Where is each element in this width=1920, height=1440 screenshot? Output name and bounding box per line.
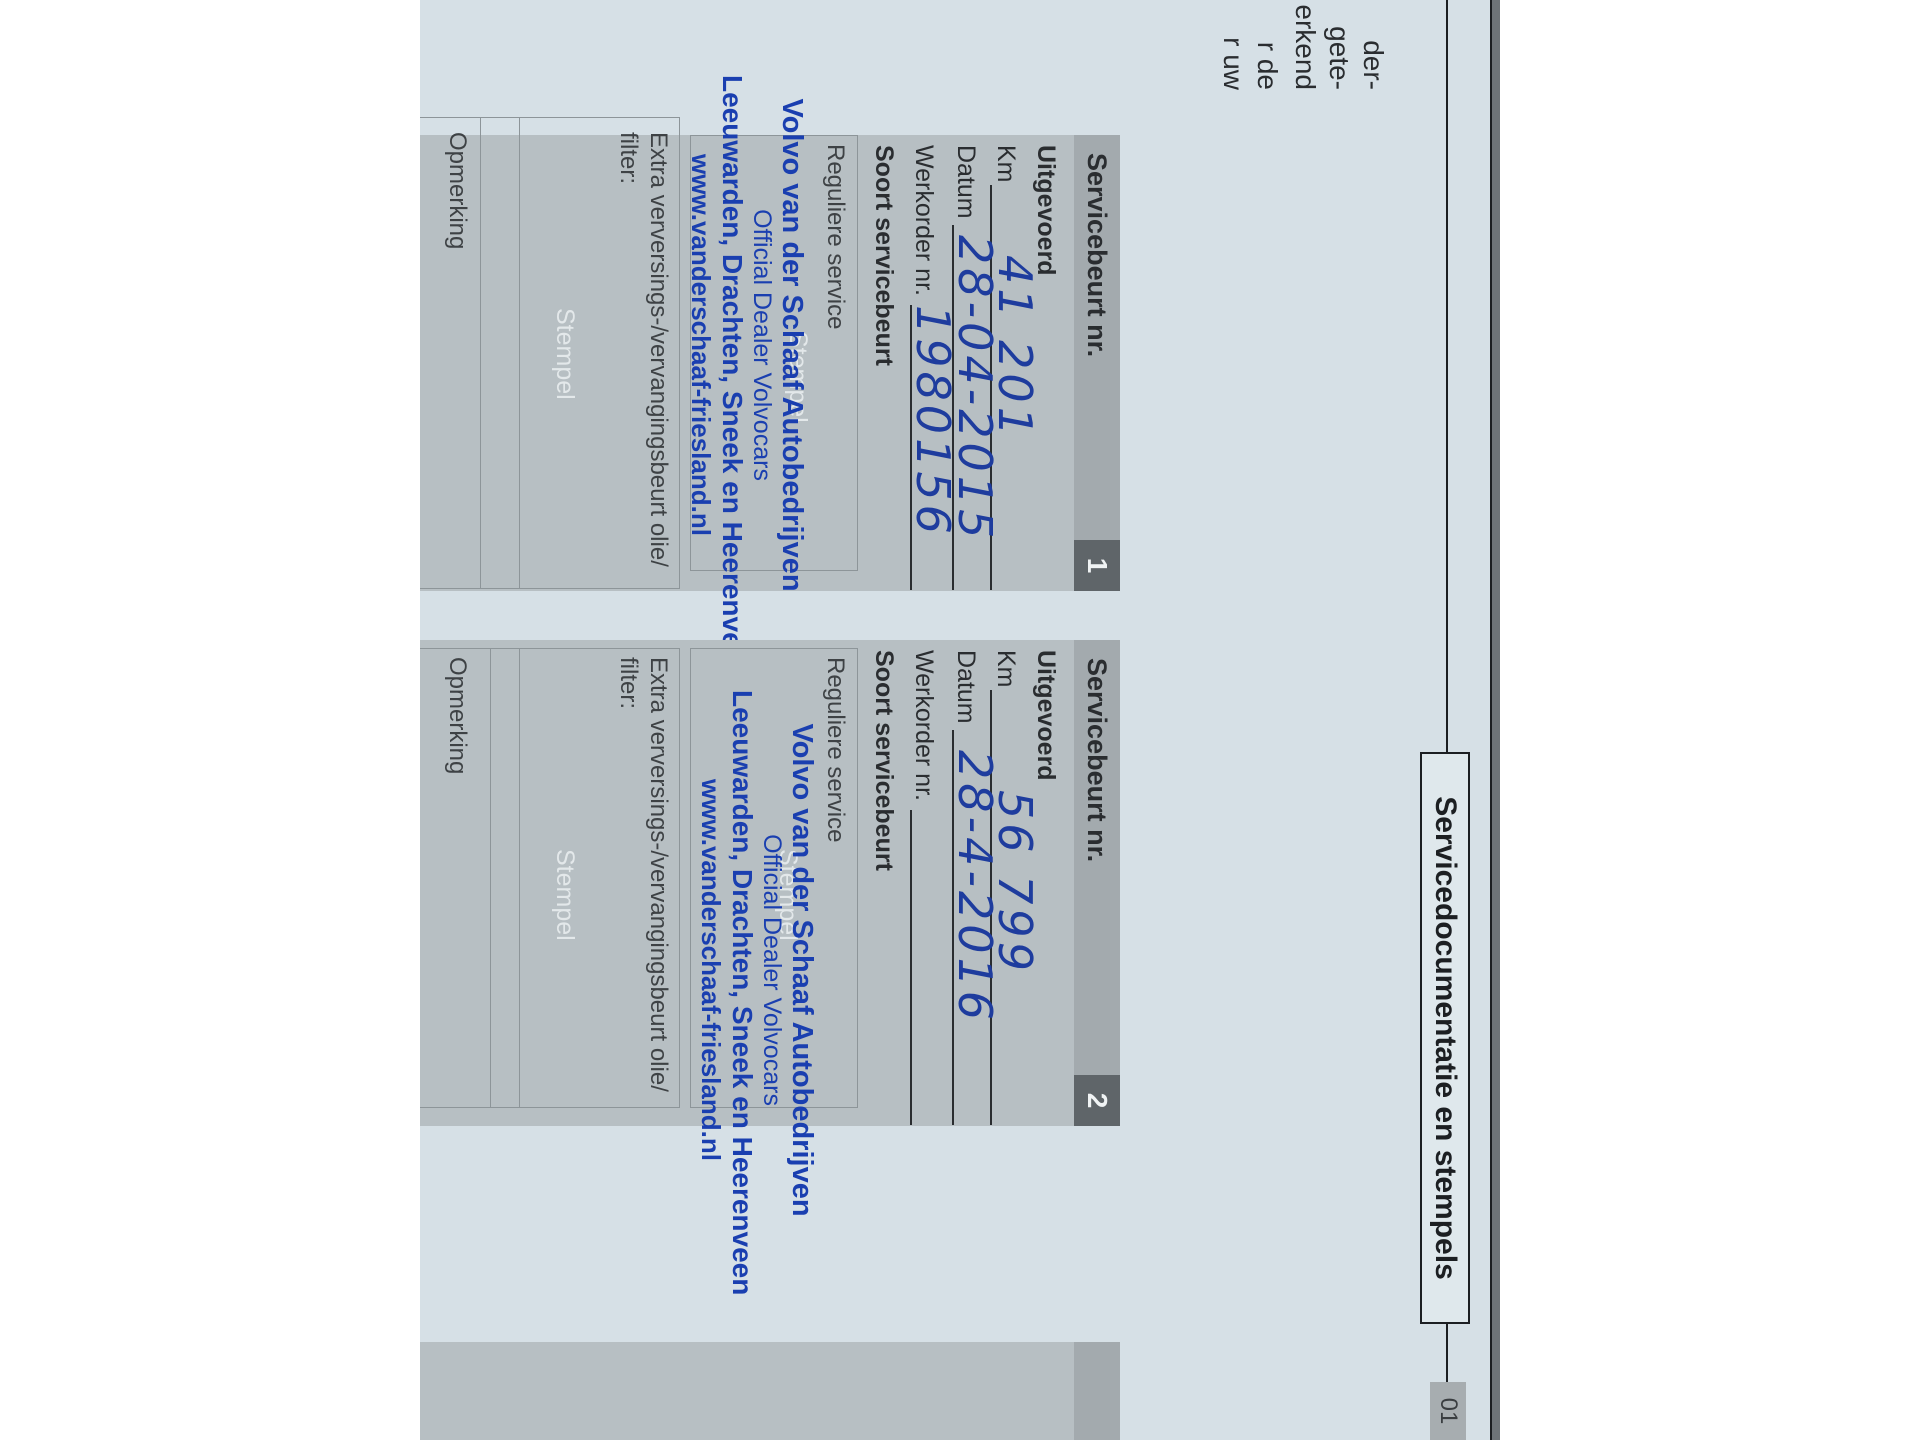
stamp-line-dealer: Volvo van der Schaaf Autobedrijven (776, 75, 808, 615)
service-card-3-edge (1074, 1342, 1120, 1440)
margin-fragment: der- (1356, 0, 1390, 90)
work-order-value: 1980156 (906, 305, 960, 538)
margin-fragment: r de (1250, 0, 1284, 90)
card-header-label: Servicebeurt nr. (1082, 153, 1113, 357)
dealer-stamp: Volvo van der Schaaf Autobedrijven Offic… (686, 75, 808, 615)
service-card-2: Servicebeurt nr. 2 Uitgevoerd Km 56 799 … (420, 640, 1120, 1126)
margin-text-column: der- gete- erkend r de r uw (1216, 0, 1390, 90)
stamp-line-dealer: Volvo van der Schaaf Autobedrijven (786, 690, 818, 1250)
extra-label-line1: Extra verversings-/vervangingsbeurt olie… (643, 132, 673, 567)
date-value: 28-4-2016 (948, 750, 1002, 1024)
regular-service-label: Reguliere service (821, 657, 849, 842)
service-number: 1 (1081, 558, 1113, 574)
regular-service-label: Reguliere service (821, 144, 849, 329)
remark-box: Opmerking (420, 648, 520, 1108)
extra-service-label: Extra verversings-/vervangingsbeurt olie… (613, 132, 673, 567)
page-title-text: Servicedocumentatie en stempels (1428, 796, 1462, 1280)
stamp-line-official: Official Dealer Volvocars (758, 690, 786, 1250)
stamp-line-locations: Leeuwarden, Drachten, Sneek en Heerenvee… (726, 690, 758, 1250)
service-number: 2 (1081, 1093, 1113, 1109)
stamp-placeholder: Stempel (550, 308, 579, 400)
work-order-line (910, 810, 912, 1125)
km-label: Km (991, 145, 1020, 183)
stamp-placeholder: Stempel (550, 849, 579, 941)
margin-fragment: gete- (1322, 0, 1356, 90)
performed-label: Uitgevoerd (1031, 650, 1060, 781)
section-tab-text: 01 (1434, 1398, 1462, 1425)
extra-service-label: Extra verversings-/vervangingsbeurt olie… (613, 657, 673, 1092)
work-order-label: Werkorder nr. (909, 650, 938, 801)
work-order-label: Werkorder nr. (909, 145, 938, 296)
stamp-line-website: www.vanderschaaf-friesland.nl (696, 690, 726, 1250)
dealer-stamp: Volvo van der Schaaf Autobedrijven Offic… (696, 690, 818, 1250)
km-label: Km (991, 650, 1020, 688)
remark-box: Opmerking (420, 117, 520, 589)
service-number-badge: 2 (1074, 1075, 1120, 1126)
extra-label-line2: filter: (613, 132, 643, 567)
document-photo: der- gete- erkend r de r uw Servicedocum… (420, 0, 1500, 1440)
remark-label: Opmerking (443, 657, 471, 774)
remark-label: Opmerking (443, 132, 471, 249)
service-type-label: Soort servicebeurt (869, 650, 898, 871)
stamp-line-website: www.vanderschaaf-friesland.nl (686, 75, 716, 615)
page-title: Servicedocumentatie en stempels (1420, 752, 1470, 1324)
service-number-badge: 1 (1074, 540, 1120, 591)
margin-fragment: erkend (1288, 0, 1322, 90)
top-rule-outer (1490, 0, 1492, 1440)
stamp-line-locations: Leeuwarden, Drachten, Sneek en Heerenvee… (716, 75, 748, 615)
service-booklet-page: der- gete- erkend r de r uw Servicedocum… (420, 0, 1500, 1440)
date-label: Datum (951, 650, 980, 724)
card-header: Servicebeurt nr. (1074, 640, 1120, 1126)
service-card-1: Servicebeurt nr. 1 Uitgevoerd Km 41 201 … (420, 135, 1120, 591)
card-header: Servicebeurt nr. (1074, 135, 1120, 591)
date-label: Datum (951, 145, 980, 219)
extra-label-line2: filter: (613, 657, 643, 1092)
section-tab: 01 (1430, 1382, 1466, 1440)
stamp-line-official: Official Dealer Volvocars (748, 75, 776, 615)
page-edge-shadow (1492, 0, 1500, 1440)
card-header-label: Servicebeurt nr. (1082, 658, 1113, 862)
margin-fragment: r uw (1216, 0, 1250, 90)
extra-label-line1: Extra verversings-/vervangingsbeurt olie… (643, 657, 673, 1092)
service-card-3-body (420, 1342, 1074, 1440)
service-type-label: Soort servicebeurt (869, 145, 898, 366)
